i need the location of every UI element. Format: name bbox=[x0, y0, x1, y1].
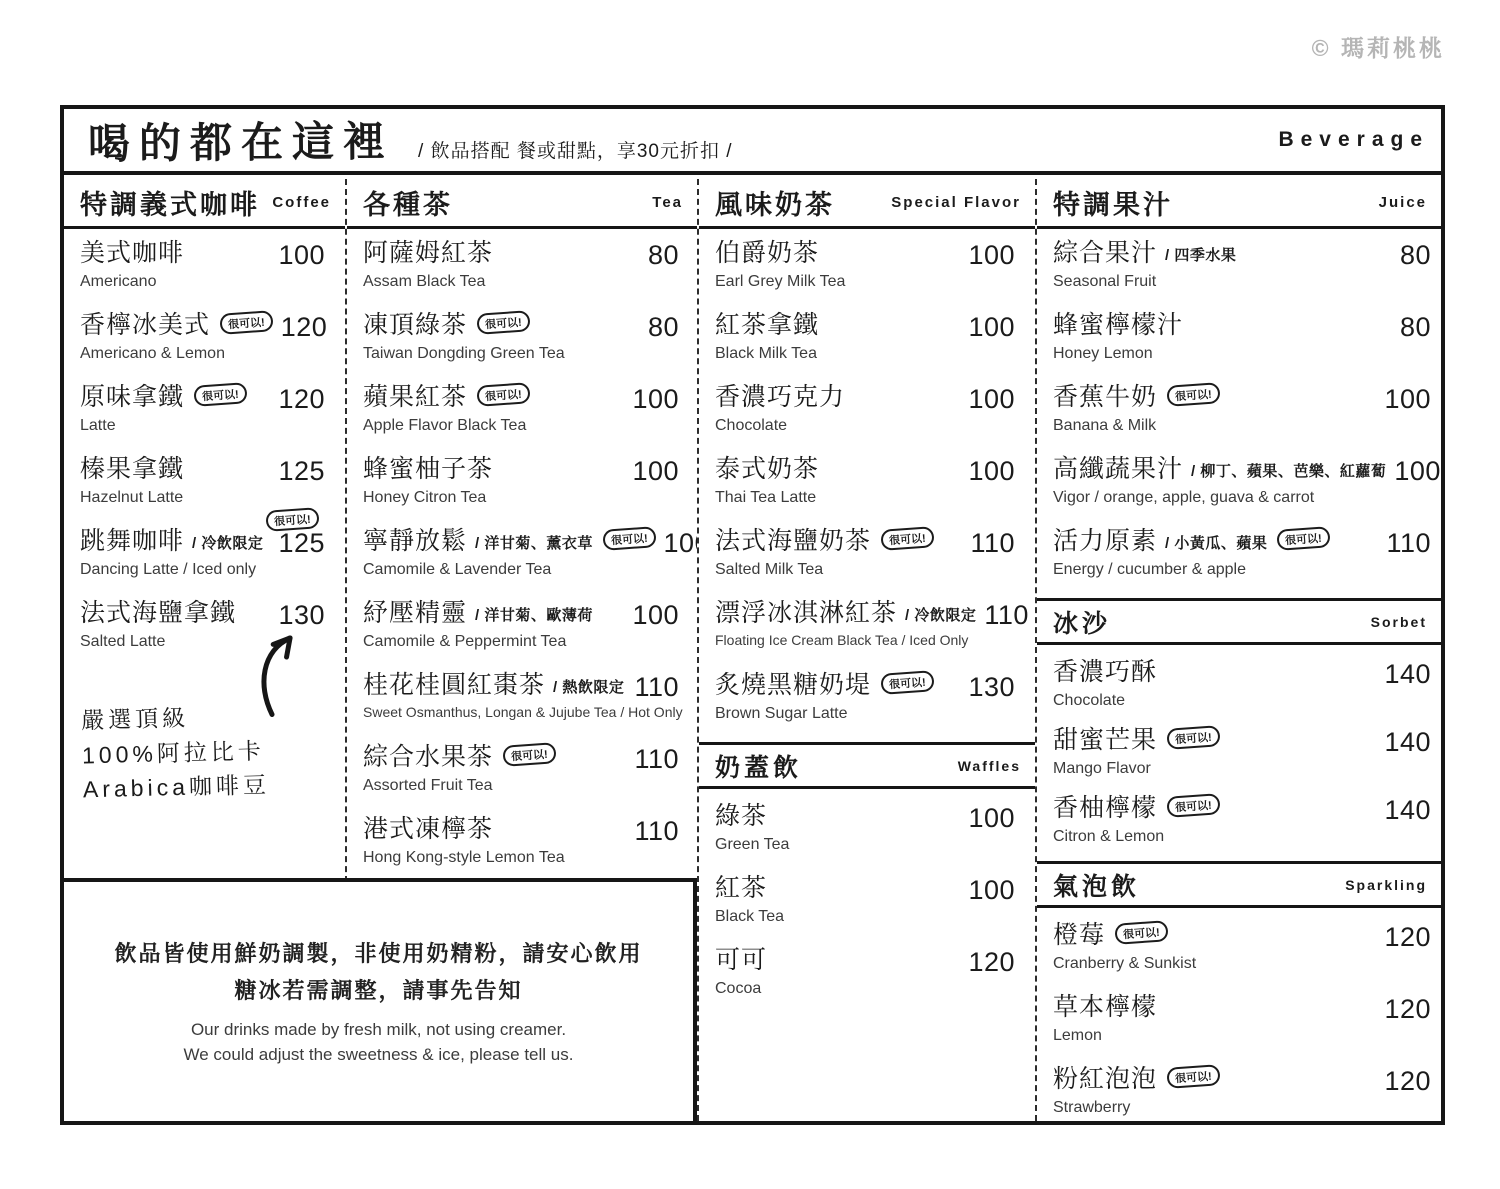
menu-item: 香濃巧克力100 Chocolate bbox=[715, 382, 1015, 438]
item-name-en: Banana & Milk bbox=[1053, 416, 1431, 435]
item-suffix: / 四季水果 bbox=[1165, 244, 1236, 265]
item-name-en: Assam Black Tea bbox=[363, 272, 679, 291]
menu-item: 法式海鹽奶茶很可以!110 Salted Milk Tea bbox=[715, 526, 1015, 582]
special-flavor-header: 風味奶茶 Special Flavor bbox=[699, 179, 1035, 229]
item-name-zh: 泰式奶茶 bbox=[715, 454, 819, 485]
item-price: 100 bbox=[624, 385, 679, 413]
item-name-zh: 蜂蜜柚子茶 bbox=[363, 454, 493, 485]
recommended-badge: 很可以! bbox=[1277, 526, 1331, 551]
item-name-zh: 紅茶拿鐵 bbox=[715, 310, 819, 341]
recommended-badge: 很可以! bbox=[1114, 920, 1168, 945]
item-name-zh: 香蕉牛奶 bbox=[1053, 382, 1157, 413]
item-price: 120 bbox=[273, 313, 328, 341]
item-name-en: Sweet Osmanthus, Longan & Jujube Tea / H… bbox=[363, 704, 679, 721]
item-name-zh: 法式海鹽奶茶 bbox=[715, 526, 871, 557]
item-price: 125 bbox=[270, 529, 325, 557]
tea-header-en: Tea bbox=[652, 194, 683, 211]
coffee-header-zh: 特調義式咖啡 bbox=[80, 183, 260, 222]
menu-item: 阿薩姆紅茶80 Assam Black Tea bbox=[363, 238, 679, 294]
item-name-en: Cranberry & Sunkist bbox=[1053, 954, 1431, 973]
menu-item: 很可以! 跳舞咖啡/ 冷飲限定125 Dancing Latte / Iced … bbox=[80, 526, 325, 582]
item-name-zh: 漂浮冰淇淋紅茶 bbox=[715, 598, 897, 629]
tea-items: 阿薩姆紅茶80 Assam Black Tea 凍頂綠茶很可以!80 Taiwa… bbox=[347, 229, 697, 870]
item-price: 140 bbox=[1376, 660, 1431, 688]
item-name-en: Chocolate bbox=[715, 416, 1015, 435]
item-name-zh: 桂花桂圓紅棗茶 bbox=[363, 670, 545, 701]
sparkling-section-header: 氣泡飲 Sparkling bbox=[1037, 861, 1441, 908]
recommended-badge: 很可以! bbox=[1166, 1064, 1220, 1089]
sorbet-section-header: 冰沙 Sorbet bbox=[1037, 598, 1441, 645]
item-price: 120 bbox=[1376, 923, 1431, 951]
item-name-zh: 紅茶 bbox=[715, 873, 767, 904]
juice-header-en: Juice bbox=[1379, 194, 1427, 211]
item-name-zh: 香濃巧酥 bbox=[1053, 657, 1157, 688]
item-name-en: Brown Sugar Latte bbox=[715, 704, 1015, 723]
up-arrow-icon bbox=[254, 632, 308, 719]
item-name-en: Cocoa bbox=[715, 979, 1015, 998]
item-name-en: Apple Flavor Black Tea bbox=[363, 416, 679, 435]
item-name-zh: 香濃巧克力 bbox=[715, 382, 845, 413]
menu-item: 高纖蔬果汁/ 柳丁、蘋果、芭樂、紅蘿蔔100 Vigor / orange, a… bbox=[1053, 454, 1431, 510]
sorbet-items: 香濃巧酥140 Chocolate 甜蜜芒果很可以!140 Mango Flav… bbox=[1037, 645, 1441, 849]
item-name-en: Floating Ice Cream Black Tea / Iced Only bbox=[715, 632, 1015, 649]
menu-item: 原味拿鐵很可以!120 Latte bbox=[80, 382, 325, 438]
item-name-zh: 橙莓 bbox=[1053, 920, 1105, 951]
item-name-zh: 草本檸檬 bbox=[1053, 992, 1157, 1023]
column-special-flavor: 風味奶茶 Special Flavor 伯爵奶茶100 Earl Grey Mi… bbox=[697, 179, 1035, 1121]
item-name-en: Camomile & Peppermint Tea bbox=[363, 632, 679, 651]
item-suffix: / 柳丁、蘋果、芭樂、紅蘿蔔 bbox=[1191, 460, 1386, 481]
notice-zh-line1: 飲品皆使用鮮奶調製，非使用奶精粉，請安心飲用 bbox=[114, 936, 642, 972]
item-name-zh: 美式咖啡 bbox=[80, 238, 184, 269]
item-name-zh: 蜂蜜檸檬汁 bbox=[1053, 310, 1183, 341]
beverage-label: Beverage bbox=[1278, 128, 1429, 152]
item-name-en: Earl Grey Milk Tea bbox=[715, 272, 1015, 291]
item-name-zh: 炙燒黑糖奶堤 bbox=[715, 670, 871, 701]
menu-item: 漂浮冰淇淋紅茶/ 冷飲限定110 Floating Ice Cream Blac… bbox=[715, 598, 1015, 654]
menu-item: 紅茶100 Black Tea bbox=[715, 873, 1015, 929]
item-name-zh: 活力原素 bbox=[1053, 526, 1157, 557]
item-name-en: Honey Lemon bbox=[1053, 344, 1431, 363]
item-price: 110 bbox=[626, 745, 679, 773]
menu-item: 炙燒黑糖奶堤很可以!130 Brown Sugar Latte bbox=[715, 670, 1015, 726]
item-name-zh: 綠茶 bbox=[715, 801, 767, 832]
recommended-badge: 很可以! bbox=[219, 310, 273, 335]
special-flavor-items: 伯爵奶茶100 Earl Grey Milk Tea 紅茶拿鐵100 Black… bbox=[699, 229, 1035, 726]
item-name-en: Honey Citron Tea bbox=[363, 488, 679, 507]
recommended-badge: 很可以! bbox=[502, 742, 556, 767]
menu-item: 榛果拿鐵125 Hazelnut Latte bbox=[80, 454, 325, 510]
item-name-en: Latte bbox=[80, 416, 325, 435]
milk-cap-header-zh: 奶蓋飲 bbox=[715, 748, 802, 784]
item-price: 100 bbox=[270, 241, 325, 269]
menu-item: 綜合水果茶很可以!110 Assorted Fruit Tea bbox=[363, 742, 679, 798]
item-price: 110 bbox=[626, 673, 679, 701]
sparkling-items: 橙莓很可以!120 Cranberry & Sunkist 草本檸檬120 Le… bbox=[1037, 908, 1441, 1120]
item-name-zh: 高纖蔬果汁 bbox=[1053, 454, 1183, 485]
menu-item: 活力原素/ 小黃瓜、蘋果很可以!110 Energy / cucumber & … bbox=[1053, 526, 1431, 582]
item-name-en: Black Tea bbox=[715, 907, 1015, 926]
item-price: 80 bbox=[640, 241, 679, 269]
item-name-en: Hong Kong-style Lemon Tea bbox=[363, 848, 679, 867]
special-flavor-header-zh: 風味奶茶 bbox=[715, 183, 835, 222]
item-name-zh: 香檸冰美式 bbox=[80, 310, 210, 341]
item-name-en: Dancing Latte / Iced only bbox=[80, 560, 325, 579]
recommended-badge: 很可以! bbox=[266, 507, 320, 532]
item-price: 120 bbox=[1376, 995, 1431, 1023]
item-name-zh: 凍頂綠茶 bbox=[363, 310, 467, 341]
item-name-en: Hazelnut Latte bbox=[80, 488, 325, 507]
milk-cap-header-en: Waffles bbox=[958, 758, 1021, 774]
item-price: 80 bbox=[1392, 313, 1431, 341]
note-line: Arabica咖啡豆 bbox=[82, 766, 345, 807]
menu-item: 伯爵奶茶100 Earl Grey Milk Tea bbox=[715, 238, 1015, 294]
item-price: 140 bbox=[1376, 728, 1431, 756]
menu-item: 美式咖啡100 Americano bbox=[80, 238, 325, 294]
item-name-en: Assorted Fruit Tea bbox=[363, 776, 679, 795]
menu-item: 香蕉牛奶很可以!100 Banana & Milk bbox=[1053, 382, 1431, 438]
juice-items: 綜合果汁/ 四季水果80 Seasonal Fruit 蜂蜜檸檬汁80 Hone… bbox=[1037, 229, 1441, 582]
item-name-zh: 可可 bbox=[715, 945, 767, 976]
item-name-en: Citron & Lemon bbox=[1053, 827, 1431, 846]
coffee-header-en: Coffee bbox=[272, 194, 331, 211]
item-name-en: Mango Flavor bbox=[1053, 759, 1431, 778]
item-price: 125 bbox=[270, 457, 325, 485]
item-name-zh: 寧靜放鬆 bbox=[363, 526, 467, 557]
item-suffix: / 洋甘菊、歐薄荷 bbox=[475, 604, 593, 625]
coffee-items: 美式咖啡100 Americano 香檸冰美式很可以!120 Americano… bbox=[64, 229, 345, 654]
menu-item: 蘋果紅茶很可以!100 Apple Flavor Black Tea bbox=[363, 382, 679, 438]
menu-item: 橙莓很可以!120 Cranberry & Sunkist bbox=[1053, 920, 1431, 976]
item-price: 110 bbox=[962, 529, 1015, 557]
milk-cap-section-header: 奶蓋飲 Waffles bbox=[699, 742, 1035, 789]
tea-header-zh: 各種茶 bbox=[363, 183, 453, 222]
item-price: 110 bbox=[626, 817, 679, 845]
item-price: 100 bbox=[960, 385, 1015, 413]
item-price: 80 bbox=[640, 313, 679, 341]
recommended-badge: 很可以! bbox=[1166, 725, 1220, 750]
recommended-badge: 很可以! bbox=[193, 382, 247, 407]
item-name-en: Black Milk Tea bbox=[715, 344, 1015, 363]
menu-item: 香柚檸檬很可以!140 Citron & Lemon bbox=[1053, 793, 1431, 849]
item-price: 100 bbox=[1386, 457, 1441, 485]
column-juice: 特調果汁 Juice 綜合果汁/ 四季水果80 Seasonal Fruit 蜂… bbox=[1035, 179, 1441, 1121]
item-name-zh: 蘋果紅茶 bbox=[363, 382, 467, 413]
menu-item: 粉紅泡泡很可以!120 Strawberry bbox=[1053, 1064, 1431, 1120]
item-price: 100 bbox=[960, 876, 1015, 904]
item-name-en: Seasonal Fruit bbox=[1053, 272, 1431, 291]
item-name-en: Green Tea bbox=[715, 835, 1015, 854]
menu-title-band: 喝的都在這裡 / 飲品搭配 餐或甜點，享30元折扣 / Beverage bbox=[64, 109, 1441, 175]
beverage-menu-page: © 瑪莉桃桃 喝的都在這裡 / 飲品搭配 餐或甜點，享30元折扣 / Bever… bbox=[0, 0, 1500, 1189]
item-price: 100 bbox=[960, 241, 1015, 269]
item-name-zh: 粉紅泡泡 bbox=[1053, 1064, 1157, 1095]
item-price: 140 bbox=[1376, 796, 1431, 824]
item-suffix: / 冷飲限定 bbox=[192, 532, 263, 553]
item-name-zh: 港式凍檸茶 bbox=[363, 814, 493, 845]
menu-item: 綠茶100 Green Tea bbox=[715, 801, 1015, 857]
recommended-badge: 很可以! bbox=[476, 310, 530, 335]
menu-item: 桂花桂圓紅棗茶/ 熱飲限定110 Sweet Osmanthus, Longan… bbox=[363, 670, 679, 726]
item-name-zh: 榛果拿鐵 bbox=[80, 454, 184, 485]
item-name-zh: 綜合果汁 bbox=[1053, 238, 1157, 269]
item-price: 120 bbox=[270, 385, 325, 413]
recommended-badge: 很可以! bbox=[880, 526, 934, 551]
juice-header-zh: 特調果汁 bbox=[1053, 183, 1173, 222]
item-name-zh: 香柚檸檬 bbox=[1053, 793, 1157, 824]
recommended-badge: 很可以! bbox=[1166, 793, 1220, 818]
recommended-badge: 很可以! bbox=[602, 526, 656, 551]
recommended-badge: 很可以! bbox=[1166, 382, 1220, 407]
item-price: 100 bbox=[624, 601, 679, 629]
menu-item: 港式凍檸茶110 Hong Kong-style Lemon Tea bbox=[363, 814, 679, 870]
coffee-header: 特調義式咖啡 Coffee bbox=[64, 179, 345, 229]
menu-title: 喝的都在這裡 bbox=[88, 109, 395, 172]
item-price: 80 bbox=[1392, 241, 1431, 269]
item-name-zh: 甜蜜芒果 bbox=[1053, 725, 1157, 756]
item-suffix: / 小黃瓜、蘋果 bbox=[1165, 532, 1267, 553]
item-price: 100 bbox=[656, 529, 697, 557]
item-suffix: / 洋甘菊、薰衣草 bbox=[475, 532, 593, 553]
menu-item: 蜂蜜柚子茶100 Honey Citron Tea bbox=[363, 454, 679, 510]
item-price: 130 bbox=[270, 601, 325, 629]
menu-item: 香濃巧酥140 Chocolate bbox=[1053, 657, 1431, 713]
sparkling-header-zh: 氣泡飲 bbox=[1053, 867, 1140, 903]
item-price: 120 bbox=[960, 948, 1015, 976]
menu-item: 紅茶拿鐵100 Black Milk Tea bbox=[715, 310, 1015, 366]
notice-en-line1: Our drinks made by fresh milk, not using… bbox=[191, 1019, 566, 1042]
item-name-en: Salted Milk Tea bbox=[715, 560, 1015, 579]
item-price: 130 bbox=[960, 673, 1015, 701]
menu-item: 紓壓精靈/ 洋甘菊、歐薄荷100 Camomile & Peppermint T… bbox=[363, 598, 679, 654]
menu-item: 可可120 Cocoa bbox=[715, 945, 1015, 1001]
item-price: 110 bbox=[976, 601, 1029, 629]
special-flavor-header-en: Special Flavor bbox=[891, 194, 1021, 211]
recommended-badge: 很可以! bbox=[880, 670, 934, 695]
item-name-en: Americano bbox=[80, 272, 325, 291]
item-price: 100 bbox=[960, 804, 1015, 832]
item-name-en: Vigor / orange, apple, guava & carrot bbox=[1053, 488, 1431, 507]
copyright-watermark: © 瑪莉桃桃 bbox=[1312, 30, 1445, 63]
item-name-en: Americano & Lemon bbox=[80, 344, 325, 363]
item-name-en: Taiwan Dongding Green Tea bbox=[363, 344, 679, 363]
menu-item: 寧靜放鬆/ 洋甘菊、薰衣草很可以!100 Camomile & Lavender… bbox=[363, 526, 679, 582]
item-name-zh: 法式海鹽拿鐵 bbox=[80, 598, 236, 629]
notice-zh-line2: 糖冰若需調整，請事先告知 bbox=[234, 973, 522, 1009]
milk-cap-items: 綠茶100 Green Tea 紅茶100 Black Tea 可可120 Co… bbox=[699, 789, 1035, 1001]
item-name-en: Energy / cucumber & apple bbox=[1053, 560, 1431, 579]
menu-item: 泰式奶茶100 Thai Tea Latte bbox=[715, 454, 1015, 510]
item-price: 120 bbox=[1376, 1067, 1431, 1095]
menu-item: 凍頂綠茶很可以!80 Taiwan Dongding Green Tea bbox=[363, 310, 679, 366]
juice-header: 特調果汁 Juice bbox=[1037, 179, 1441, 229]
item-price: 110 bbox=[1378, 529, 1431, 557]
item-name-zh: 跳舞咖啡 bbox=[80, 526, 184, 557]
item-name-en: Strawberry bbox=[1053, 1098, 1431, 1117]
menu-item: 甜蜜芒果很可以!140 Mango Flavor bbox=[1053, 725, 1431, 781]
item-suffix: / 冷飲限定 bbox=[905, 604, 976, 625]
item-name-zh: 原味拿鐵 bbox=[80, 382, 184, 413]
fresh-milk-notice: 飲品皆使用鮮奶調製，非使用奶精粉，請安心飲用 糖冰若需調整，請事先告知 Our … bbox=[60, 878, 697, 1125]
menu-subtitle: / 飲品搭配 餐或甜點，享30元折扣 / bbox=[418, 136, 733, 163]
menu-item: 綜合果汁/ 四季水果80 Seasonal Fruit bbox=[1053, 238, 1431, 294]
item-name-en: Camomile & Lavender Tea bbox=[363, 560, 679, 579]
sorbet-header-en: Sorbet bbox=[1371, 614, 1427, 630]
item-name-en: Chocolate bbox=[1053, 691, 1431, 710]
item-name-en: Thai Tea Latte bbox=[715, 488, 1015, 507]
menu-item: 香檸冰美式很可以!120 Americano & Lemon bbox=[80, 310, 325, 366]
item-name-en: Lemon bbox=[1053, 1026, 1431, 1045]
item-name-zh: 綜合水果茶 bbox=[363, 742, 493, 773]
recommended-badge: 很可以! bbox=[476, 382, 530, 407]
item-name-zh: 伯爵奶茶 bbox=[715, 238, 819, 269]
item-price: 100 bbox=[960, 457, 1015, 485]
item-price: 100 bbox=[624, 457, 679, 485]
sorbet-header-zh: 冰沙 bbox=[1053, 604, 1111, 640]
item-name-zh: 紓壓精靈 bbox=[363, 598, 467, 629]
tea-header: 各種茶 Tea bbox=[347, 179, 697, 229]
item-price: 100 bbox=[960, 313, 1015, 341]
notice-en-line2: We could adjust the sweetness & ice, ple… bbox=[184, 1044, 574, 1067]
item-price: 100 bbox=[1376, 385, 1431, 413]
arabica-hand-note: 嚴選頂級 100%阿拉比卡 Arabica咖啡豆 bbox=[81, 697, 345, 807]
item-name-zh: 阿薩姆紅茶 bbox=[363, 238, 493, 269]
menu-item: 蜂蜜檸檬汁80 Honey Lemon bbox=[1053, 310, 1431, 366]
menu-item: 草本檸檬120 Lemon bbox=[1053, 992, 1431, 1048]
item-suffix: / 熱飲限定 bbox=[553, 676, 624, 697]
sparkling-header-en: Sparkling bbox=[1345, 877, 1427, 893]
